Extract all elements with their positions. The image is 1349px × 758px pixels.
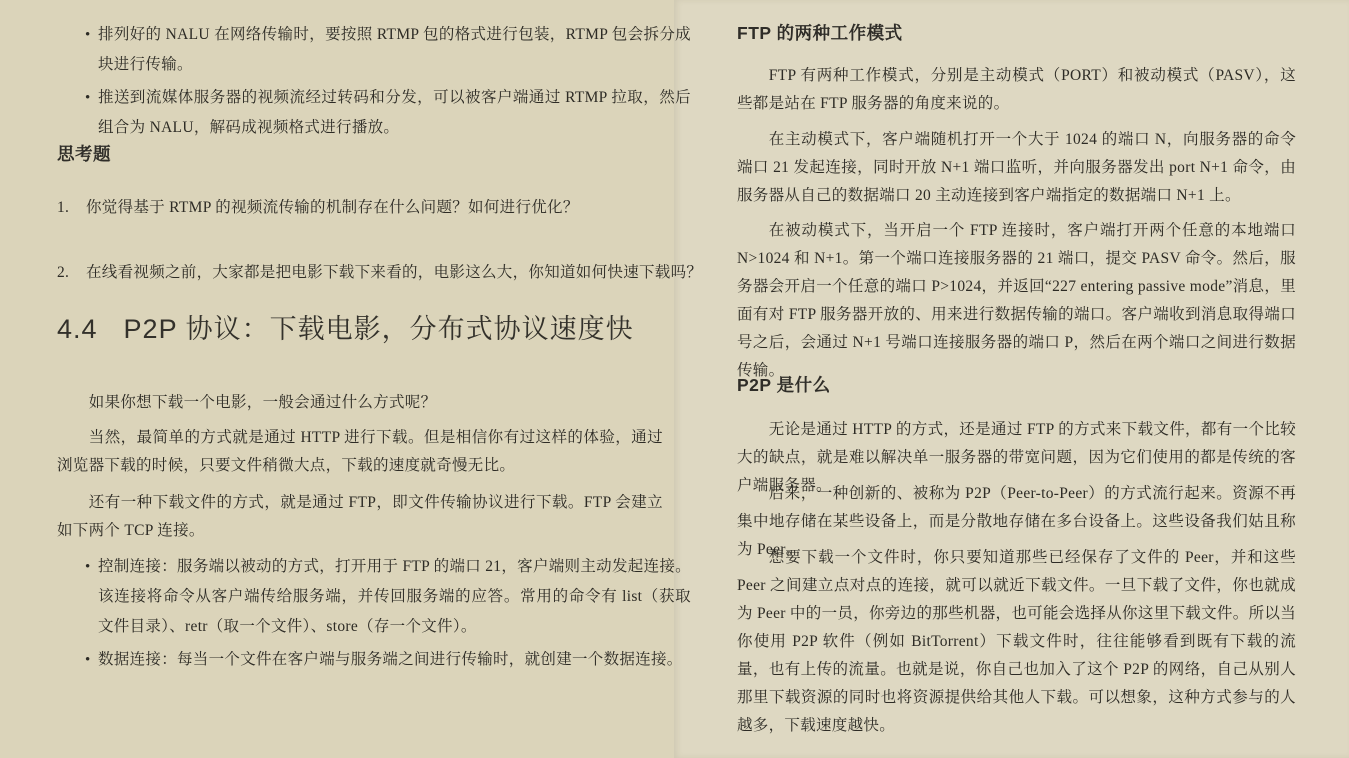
list-item: 推送到流媒体服务器的视频流经过转码和分发，可以被客户端通过 RTMP 拉取，然后… — [85, 83, 691, 143]
list-item: 数据连接：每当一个文件在客户端与服务端之间进行传输时，就创建一个数据连接。 — [85, 645, 691, 675]
book-page-scan: 排列好的 NALU 在网络传输时，要按照 RTMP 包的格式进行包装，RTMP … — [0, 0, 1349, 758]
think-question-2: 2. 在线看视频之前，大家都是把电影下载下来看的，电影这么大，你知道如何快速下载… — [57, 259, 692, 287]
think-questions-heading: 思考题 — [57, 143, 663, 165]
item-text: 你觉得基于 RTMP 的视频流传输的机制存在什么问题？如何进行优化？ — [86, 199, 579, 216]
list-item: 排列好的 NALU 在网络传输时，要按照 RTMP 包的格式进行包装，RTMP … — [85, 20, 691, 80]
left-page-column: 排列好的 NALU 在网络传输时，要按照 RTMP 包的格式进行包装，RTMP … — [57, 0, 663, 758]
paragraph: 还有一种下载文件的方式，就是通过 FTP，即文件传输协议进行下载。FTP 会建立… — [57, 489, 663, 545]
ftp-modes-heading: FTP 的两种工作模式 — [737, 22, 1296, 44]
right-page-column: FTP 的两种工作模式 FTP 有两种工作模式，分别是主动模式（PORT）和被动… — [737, 0, 1296, 758]
paragraph: 当然，最简单的方式就是通过 HTTP 进行下载。但是相信你有过这样的体验，通过浏… — [57, 424, 663, 480]
item-number: 1. — [57, 194, 69, 222]
p2p-heading: P2P 是什么 — [737, 374, 1296, 396]
think-question-1: 1. 你觉得基于 RTMP 的视频流传输的机制存在什么问题？如何进行优化？ — [57, 194, 692, 222]
ftp-connection-bullet-list: 控制连接：服务端以被动的方式，打开用于 FTP 的端口 21，客户端则主动发起连… — [57, 552, 691, 675]
list-item: 控制连接：服务端以被动的方式，打开用于 FTP 的端口 21，客户端则主动发起连… — [85, 552, 691, 642]
paragraph: 想要下载一个文件时，你只要知道那些已经保存了文件的 Peer，并和这些 Peer… — [737, 544, 1296, 740]
paragraph: 如果你想下载一个电影，一般会通过什么方式呢？ — [57, 389, 663, 417]
item-text: 在线看视频之前，大家都是把电影下载下来看的，电影这么大，你知道如何快速下载吗？ — [86, 264, 702, 281]
section-heading-4-4: 4.4P2P 协议：下载电影，分布式协议速度快 — [57, 312, 663, 346]
item-number: 2. — [57, 259, 69, 287]
paragraph: 在主动模式下，客户端随机打开一个大于 1024 的端口 N，向服务器的命令端口 … — [737, 126, 1296, 210]
section-number: 4.4 — [57, 314, 98, 344]
section-title: P2P 协议：下载电影，分布式协议速度快 — [124, 314, 634, 344]
paragraph: 在被动模式下，当开启一个 FTP 连接时，客户端打开两个任意的本地端口 N>10… — [737, 217, 1296, 385]
paragraph: FTP 有两种工作模式，分别是主动模式（PORT）和被动模式（PASV），这些都… — [737, 62, 1296, 118]
rtmp-bullet-list: 排列好的 NALU 在网络传输时，要按照 RTMP 包的格式进行包装，RTMP … — [57, 20, 691, 143]
